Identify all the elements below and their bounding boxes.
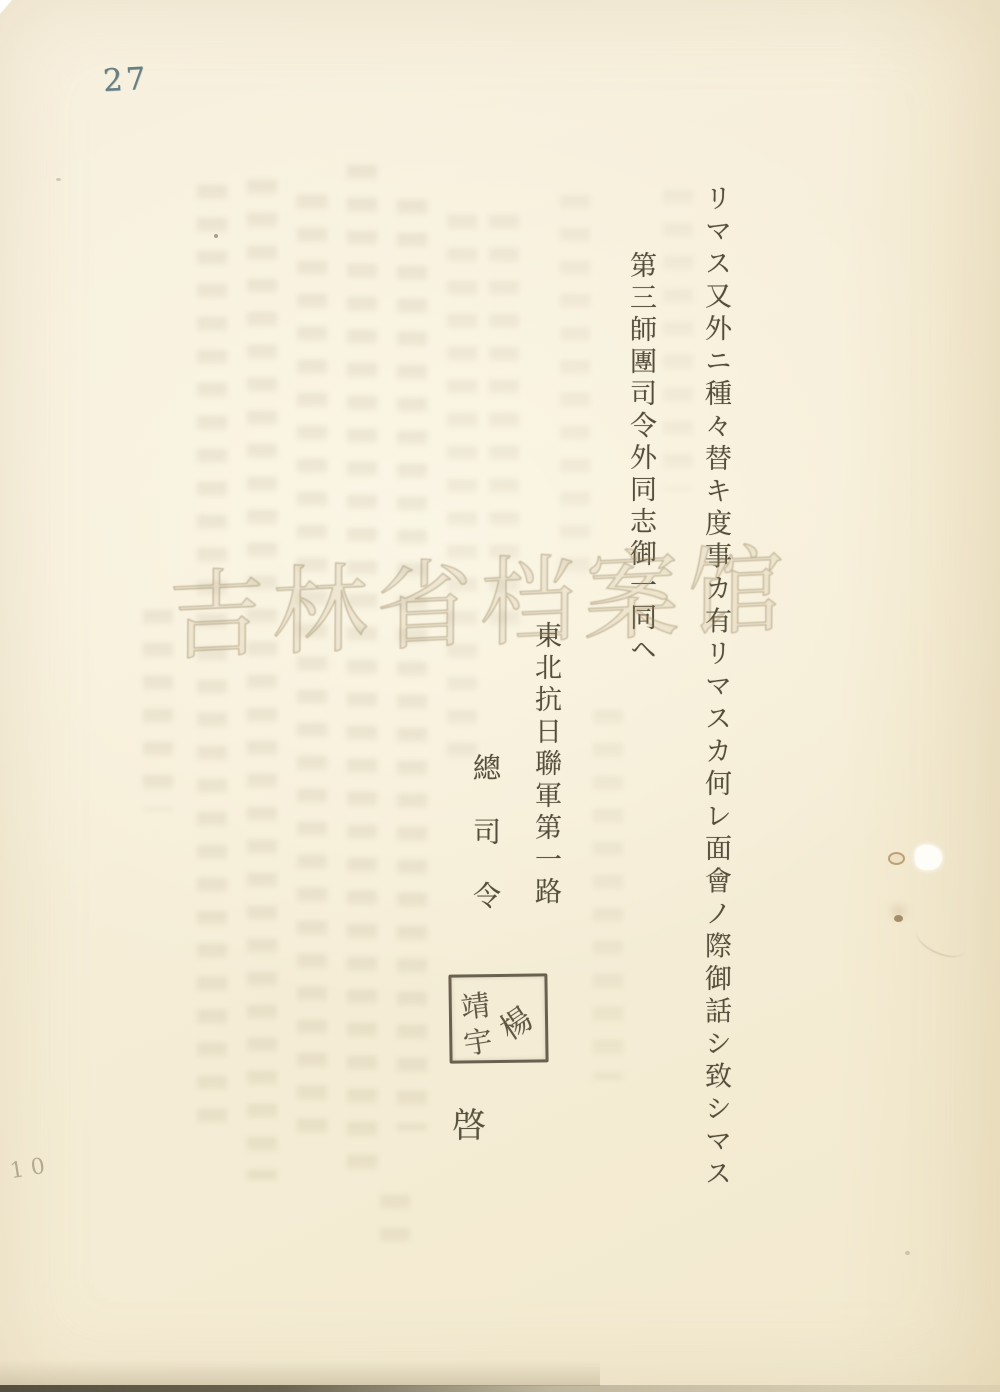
sender-unit-column: 東北抗日聯軍第一路 [526,621,565,909]
paper-fleck [56,178,61,181]
bleed-through-column [397,200,427,1130]
paper-spot-ring [888,852,905,865]
letter-body-column: リマス又外ニ種々替キ度事カ有リマスカ何レ面會ノ際御話シ致シマス [696,184,735,1192]
paper-fleck [214,234,218,238]
pencil-number: 10 [8,1153,53,1184]
bleed-through-column [143,610,173,810]
bleed-through-column [560,195,590,575]
bleed-through-column [663,190,693,490]
bleed-through-column [247,180,277,1180]
scan-bottom-edge [0,1385,1000,1392]
page-number-stamp: 27 [102,61,149,99]
paper-stain [840,0,1000,1392]
sender-title-column: 總司令 [465,753,505,945]
paper-fleck [905,1251,910,1255]
bleed-through-column [347,165,377,1175]
bleed-through-column [593,710,623,1080]
bleed-through-column [297,195,327,1145]
seal-char-yu: 宇 [460,1018,495,1063]
paper-spot-dot [894,915,903,922]
corner-notch [0,0,12,14]
closing-character: 啓 [452,1098,486,1147]
signature-seal-box: 靖 楊 宇 [448,973,548,1063]
bleed-through-mark [380,1195,410,1255]
bleed-through-column [489,215,519,635]
scanned-letter-page: 27 10 リマス又外ニ種々替キ度事カ有リマスカ何レ面會ノ際御話シ致シマス 第三… [0,0,1000,1392]
paper-spot-white [915,845,942,870]
seal-char-yang: 楊 [489,994,540,1049]
addressee-column: 第三師團司令外同志御一同ヘ [621,251,660,667]
paper-scratch [912,919,970,964]
bleed-through-column [447,215,477,775]
paper-shadow [0,1360,600,1386]
bleed-through-column [197,185,227,1135]
